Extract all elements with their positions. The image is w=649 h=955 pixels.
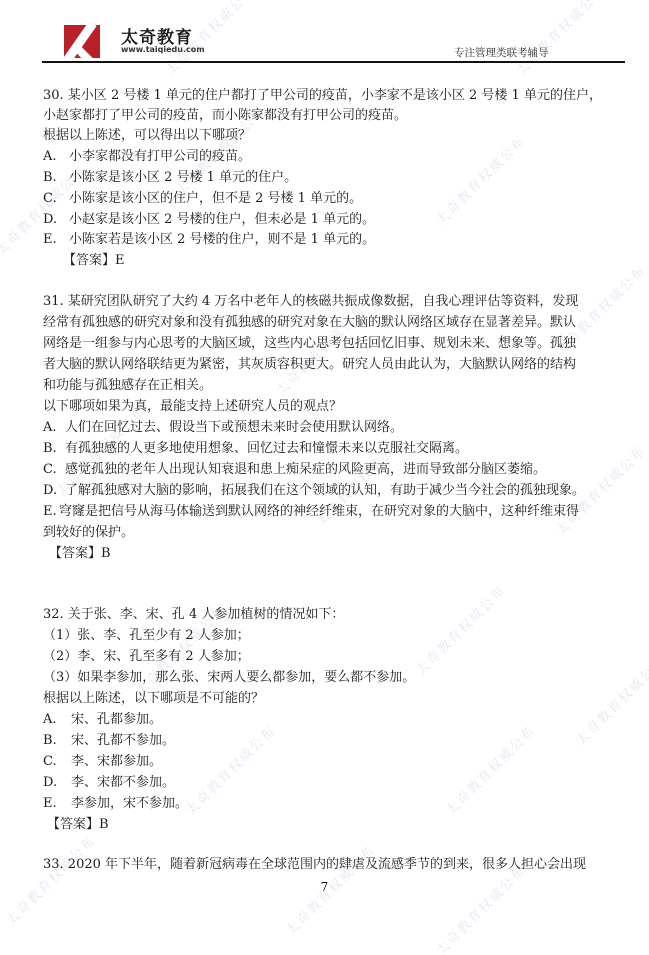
q30-stem-line: 30. 某小区 2 号楼 1 单元的住户都打了甲公司的疫苗，小李家不是该小区 2… [43,86,602,107]
q32-condition-1: （1）张、李、孔至少有 2 人参加； [43,626,250,647]
watermark: 太奇教育权威公布 [441,720,539,818]
taiqi-logo-icon [64,25,100,58]
q31-stem-line: 经常有孤独感的研究对象和没有孤独感的研究对象在大脑的默认网络区域存在显著差异。默… [43,313,576,334]
q32-option-b: B.宋、孔都不参加。 [43,731,175,752]
q30-answer: 【答案】E [63,251,125,272]
q30-option-d: D.小赵家是该小区 2 号楼的住户，但未必是 1 单元的。 [43,210,375,231]
q31-option-a: A.人们在回忆过去、假设当下或预想未来时会使用默认网络。 [43,418,403,439]
q32-option-e: E.李参加，宋不参加。 [43,794,188,815]
q32-prompt: 根据以上陈述，以下哪项是不可能的？ [43,689,264,710]
watermark: 太奇教育权威公布 [181,720,279,818]
q31-stem-line: 31. 某研究团队研究了大约 4 万名中老年人的核磁共振成像数据，自我心理评估等… [43,292,578,313]
q31-stem-line: 者大脑的默认网络联结更为紧密，其灰质容积更大。研究人员由此认为，大脑默认网络的结… [43,355,576,376]
watermark: 太奇教育权威公布 [411,580,509,678]
q31-option-c: C.感觉孤独的老年人出现认知衰退和患上痴呆症的风险更高，进而导致部分脑区萎缩。 [43,460,546,481]
q32-stem-line: 32. 关于张、李、宋、孔 4 人参加植树的情况如下： [43,605,344,626]
q30-option-c: C.小陈家是该小区的住户，但不是 2 号楼 1 单元的。 [43,189,362,210]
q31-stem-line: 和功能与孤独感存在正相关。 [43,376,212,397]
q31-option-e-continuation: 到较好的保护。 [43,523,134,544]
q32-option-d: D.李、宋都不参加。 [43,773,175,794]
q32-answer: 【答案】B [47,815,109,836]
watermark: 太奇教育权威公布 [571,650,649,748]
q31-option-b: B.有孤独感的人更多地使用想象、回忆过去和憧憬未来以克服社交隔离。 [43,439,468,460]
q32-condition-3: （3）如果李参加，那么张、宋两人要么都参加，要么都不参加。 [43,668,415,689]
header-tagline: 专注管理类联考辅导 [454,45,549,60]
q30-prompt: 根据以上陈述，可以得出以下哪项？ [43,126,251,147]
q32-option-a: A.宋、孔都参加。 [43,710,162,731]
page-number: 7 [0,880,649,894]
q30-option-e: E.小陈家若是该小区 2 号楼的住户，则不是 1 单元的。 [43,230,375,251]
q31-option-e: E.穹窿是把信号从海马体输送到默认网络的神经纤维束，在研究对象的大脑中，这种纤维… [43,502,579,523]
q32-condition-2: （2）李、宋、孔至多有 2 人参加； [43,647,250,668]
q32-option-c: C.李、宋都参加。 [43,752,162,773]
q33-stem-line: 33. 2020 年下半年，随着新冠病毒在全球范围内的肆虐及流感季节的到来，很多… [43,855,586,876]
q31-option-d: D.了解孤独感对大脑的影响，拓展我们在这个领域的认知，有助于减少当今社会的孤独现… [43,481,585,502]
q31-stem-line: 网络是一组参与内心思考的大脑区域，这些内心思考包括回忆旧事、规划未来、想象等。孤… [43,334,576,355]
header-divider [42,61,625,63]
q30-option-b: B.小陈家是该小区 2 号楼 1 单元的住户。 [43,168,297,189]
watermark: 太奇教育权威公布 [431,130,529,228]
page-header: 太奇教育 www.taiqiedu.com 专注管理类联考辅导 [0,0,649,64]
q30-stem-line: 小赵家都打了甲公司的疫苗，而小陈家都没有打甲公司的疫苗。 [43,106,407,127]
q30-option-a: A.小李家都没有打甲公司的疫苗。 [43,147,251,168]
q31-prompt: 以下哪项如果为真，最能支持上述研究人员的观点？ [43,397,342,418]
q31-answer: 【答案】B [49,544,111,565]
logo-url: www.taiqiedu.com [121,45,205,54]
